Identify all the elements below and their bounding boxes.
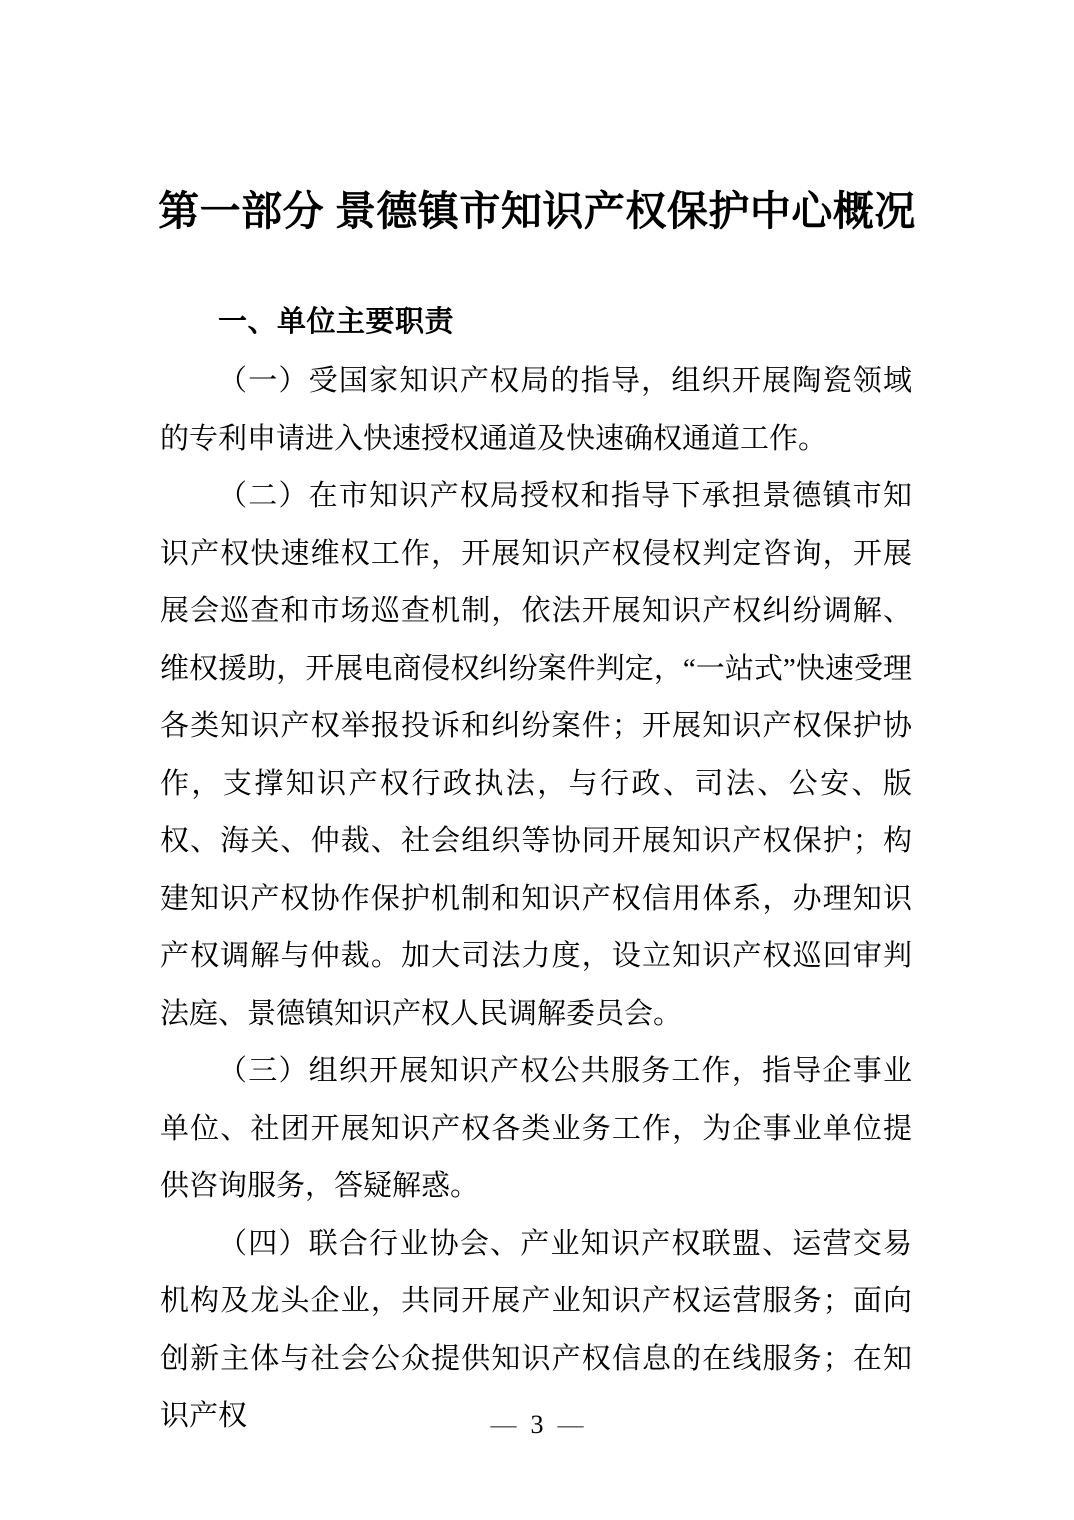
footer-dash-left: — — [491, 1410, 517, 1439]
document-body: （一）受国家知识产权局的指导，组织开展陶瓷领域的专利申请进入快速授权通道及快速确… — [160, 353, 912, 1446]
page-footer: —3— — [0, 1408, 1074, 1442]
page-number: 3 — [531, 1410, 544, 1439]
footer-dash-right: — — [558, 1410, 584, 1439]
paragraph-1: （一）受国家知识产权局的指导，组织开展陶瓷领域的专利申请进入快速授权通道及快速确… — [160, 353, 912, 468]
document-title: 第一部分 景德镇市知识产权保护中心概况 — [0, 186, 1074, 236]
paragraph-2: （二）在市知识产权局授权和指导下承担景德镇市知识产权快速维权工作，开展知识产权侵… — [160, 468, 912, 1043]
document-page: 第一部分 景德镇市知识产权保护中心概况 一、单位主要职责 （一）受国家知识产权局… — [0, 0, 1074, 1520]
paragraph-3: （三）组织开展知识产权公共服务工作，指导企事业单位、社团开展知识产权各类业务工作… — [160, 1043, 912, 1216]
section-heading: 一、单位主要职责 — [160, 303, 912, 341]
